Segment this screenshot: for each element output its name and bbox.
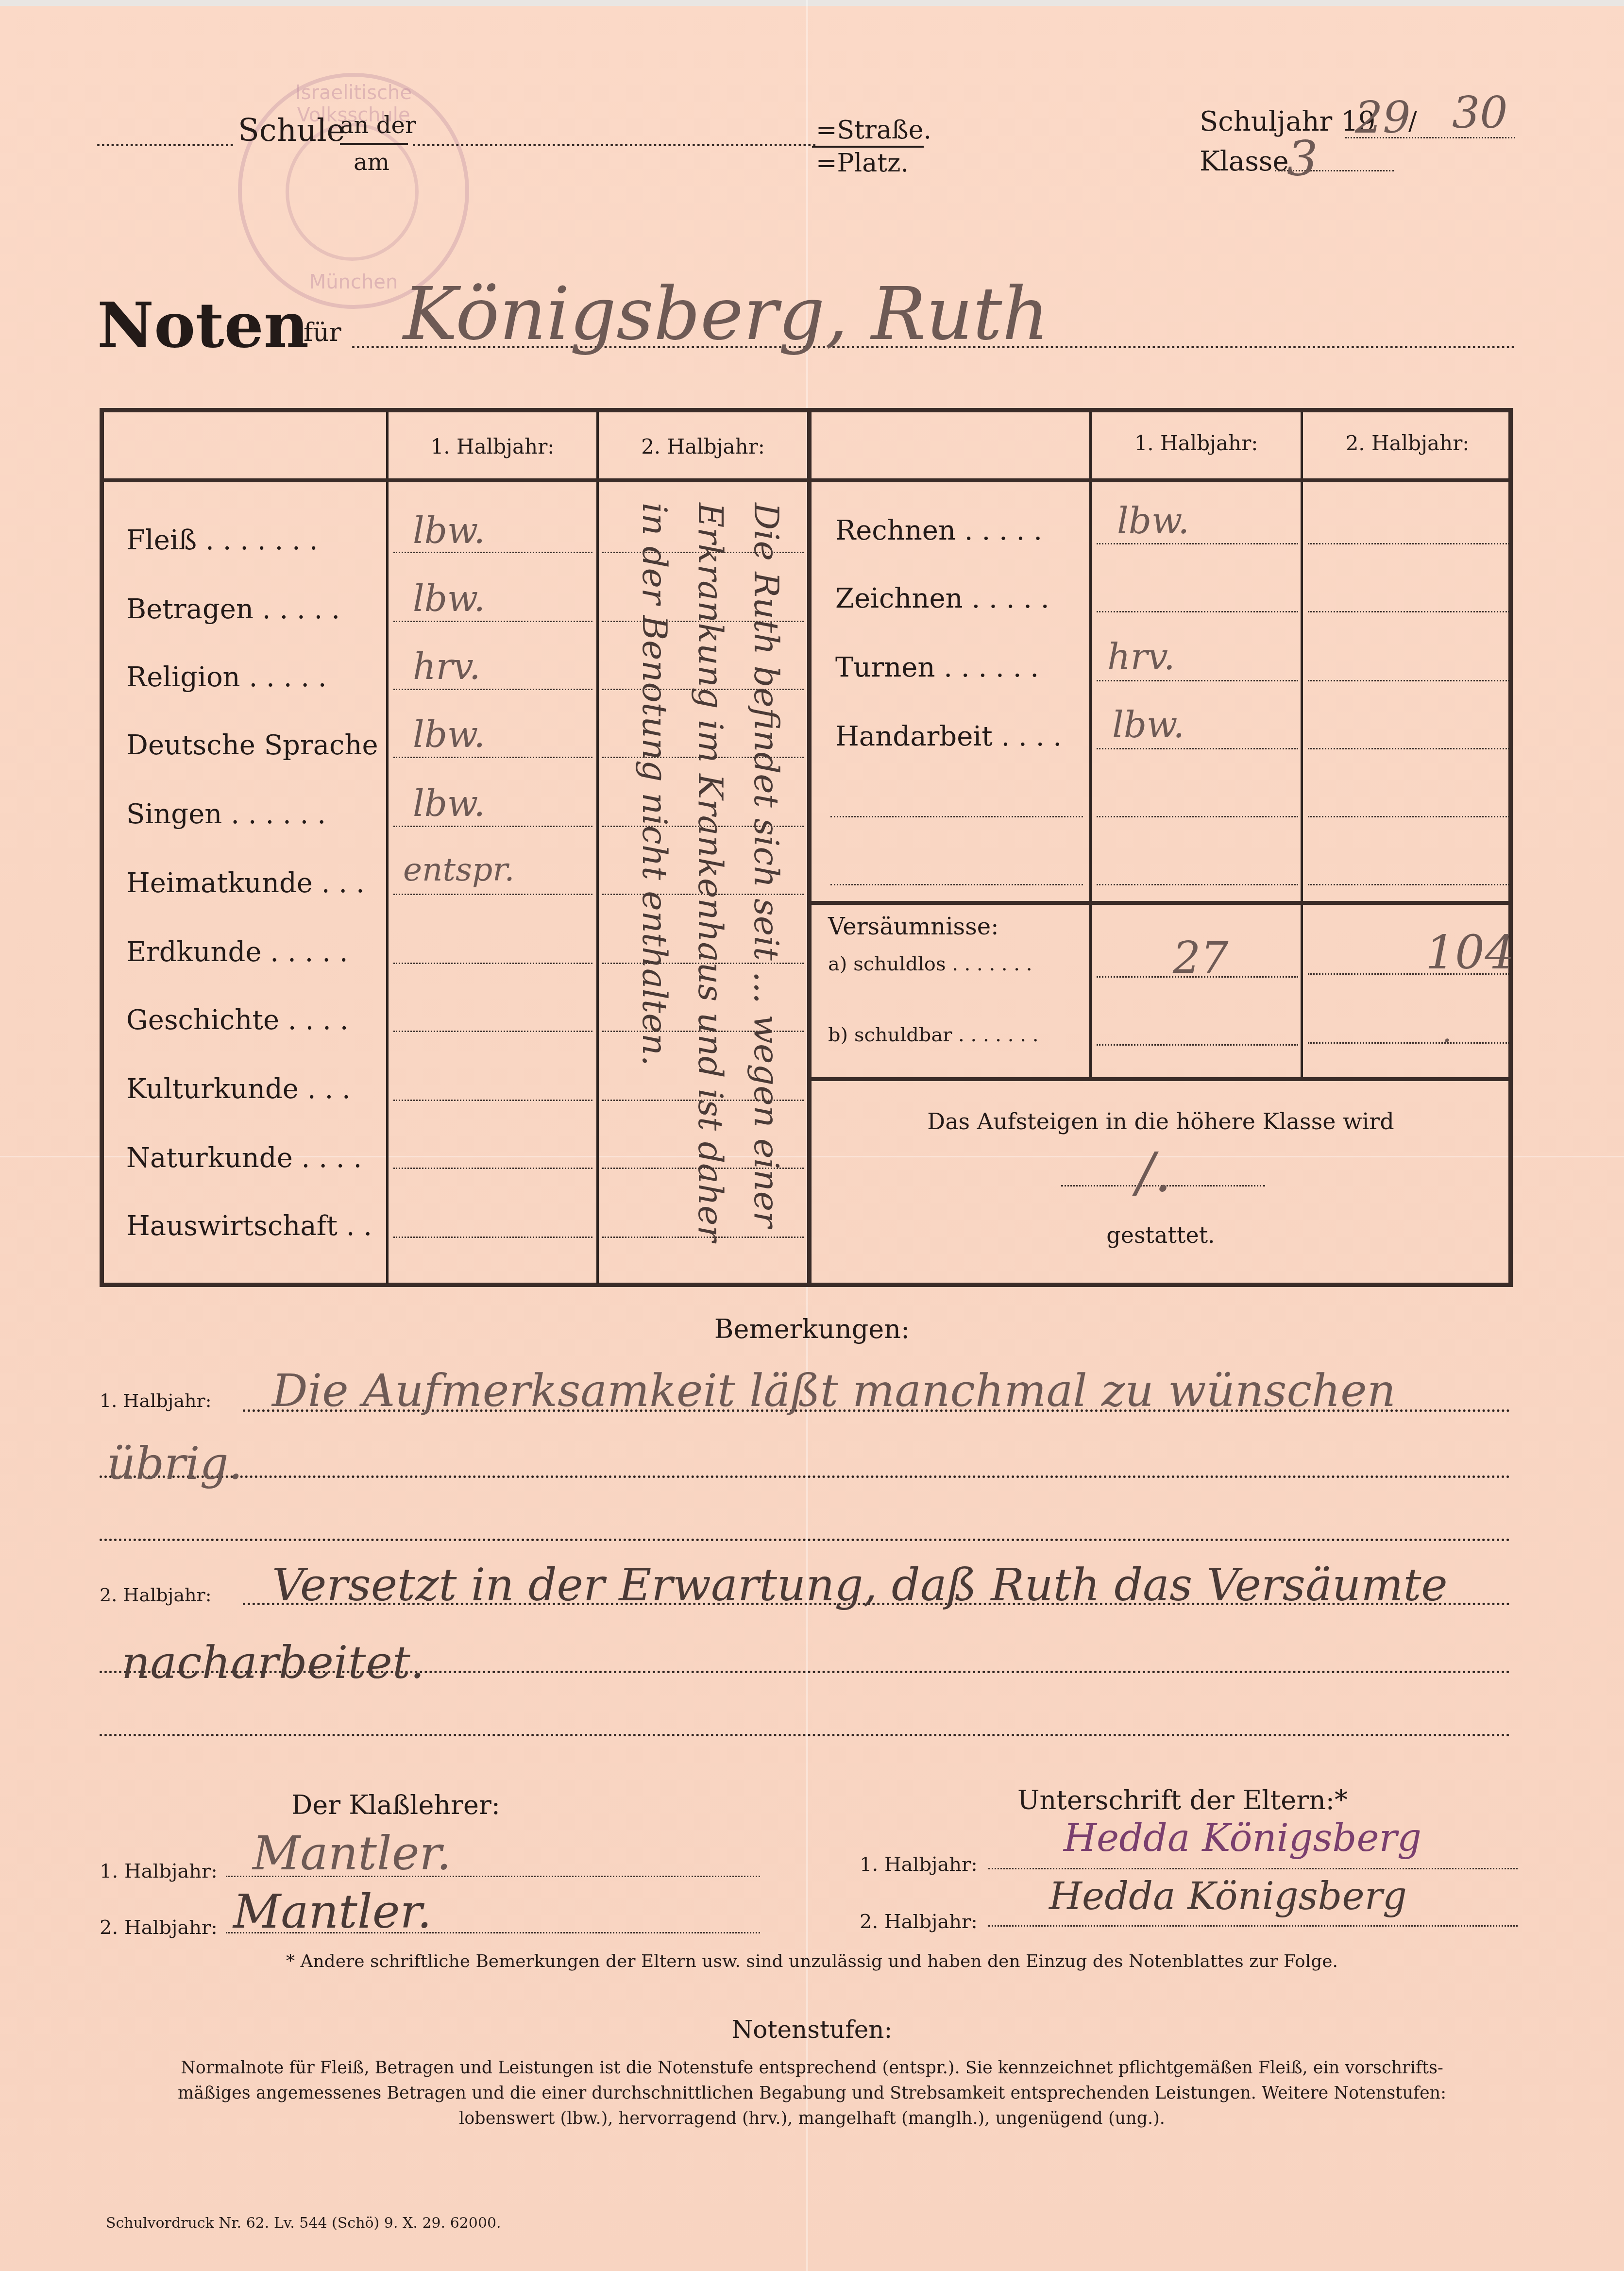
for-label: für [304, 318, 341, 347]
parents-h2-signature-field[interactable] [988, 1925, 1518, 1927]
subject-label-singen: Singen . . . . . . [126, 798, 326, 830]
grade-field-naturkunde-h1[interactable] [393, 1168, 592, 1169]
parents-title: Unterschrift der Eltern:* [1017, 1785, 1348, 1815]
grade-singen-h1: lbw. [413, 783, 485, 825]
header-right-h2: 2. Halbjahr: [1303, 431, 1512, 455]
school-year-first: 29 [1355, 92, 1411, 143]
school-option-am: am [354, 149, 389, 176]
grade-field-fleiss-h1[interactable] [393, 552, 592, 553]
subject-label-rechnen: Rechnen . . . . . [835, 515, 1042, 546]
street-name-field[interactable] [413, 144, 816, 146]
remarks-title: Bemerkungen: [0, 1314, 1624, 1344]
promotion-divider [811, 1077, 1508, 1081]
street-divider [812, 146, 924, 148]
remarks-h1-line2[interactable] [100, 1475, 1510, 1478]
second-half-note-box: Die Ruth befindet sich seit ... wegen ei… [613, 486, 807, 1277]
grade-field-kulturkunde-h1[interactable] [393, 1100, 592, 1101]
extra-subject-field-1[interactable] [830, 816, 1083, 817]
class-label: Klasse [1200, 146, 1289, 177]
second-half-note: Die Ruth befindet sich seit ... wegen ei… [626, 503, 794, 1260]
street-option-strasse: =Straße. [816, 116, 931, 145]
subject-label-erdkunde: Erdkunde . . . . . [126, 936, 348, 968]
grade-field-zeichnen-h1[interactable] [1097, 611, 1298, 612]
subject-label-hauswirtschaft: Hauswirtschaft . . [126, 1210, 372, 1242]
header-row-divider [104, 478, 1508, 482]
promotion-value: /. [1136, 1141, 1171, 1203]
grade-field-extra2-h1[interactable] [1097, 884, 1298, 885]
report-card-page: Israelitische Volksschule München Schule… [0, 0, 1624, 2271]
teacher-h1-label: 1. Halbjahr: [100, 1860, 218, 1882]
grade-field-extra1-h2[interactable] [1308, 816, 1509, 817]
absences-excused-h1: 27 [1173, 932, 1229, 983]
subject-label-zeichnen: Zeichnen . . . . . [835, 583, 1049, 614]
absences-unexcused-h2-field[interactable] [1308, 1042, 1509, 1044]
grade-field-extra2-h2[interactable] [1308, 884, 1509, 885]
absences-unexcused-h1-field[interactable] [1097, 1044, 1298, 1046]
print-info: Schulvordruck Nr. 62. Lv. 544 (Schö) 9. … [106, 2215, 501, 2232]
absences-unexcused-h2: . [1442, 1015, 1452, 1049]
grade-field-erdkunde-h1[interactable] [393, 963, 592, 964]
grade-heimatkunde-h1: entspr. [403, 851, 515, 888]
remarks-h1-text2: übrig. [107, 1438, 243, 1490]
teacher-h2-label: 2. Halbjahr: [100, 1916, 218, 1939]
scan-edge [0, 0, 1624, 6]
grade-turnen-h1: hrv. [1107, 636, 1175, 678]
section-divider [807, 412, 812, 1284]
subject-label-heimatkunde: Heimatkunde . . . [126, 867, 365, 899]
grade-field-extra1-h1[interactable] [1097, 816, 1298, 817]
grade-field-singen-h1[interactable] [393, 826, 592, 827]
subject-label-deutsche-sprache: Deutsche Sprache [126, 729, 378, 761]
street-option-platz: =Platz. [816, 149, 909, 178]
subject-label-fleiss: Fleiß . . . . . . . [126, 525, 318, 556]
col-divider [1089, 412, 1092, 1080]
remarks-h2-label: 2. Halbjahr: [100, 1584, 212, 1606]
subject-label-religion: Religion . . . . . [126, 661, 327, 693]
grade-field-rechnen-h1[interactable] [1097, 543, 1298, 544]
grade-field-turnen-h1[interactable] [1097, 680, 1298, 681]
remarks-h1-label: 1. Halbjahr: [100, 1390, 212, 1411]
grade-handarbeit-h1: lbw. [1112, 704, 1184, 746]
school-option-an-der: an der [340, 112, 416, 139]
parents-h1-signature: Hedda Königsberg [1064, 1816, 1421, 1860]
grade-religion-h1: hrv. [413, 646, 481, 688]
teacher-h2-signature: Mantler. [233, 1884, 432, 1939]
grade-field-religion-h1[interactable] [393, 689, 592, 690]
class-value: 3 [1287, 130, 1318, 187]
grade-field-heimatkunde-h1[interactable] [393, 894, 592, 895]
grading-scale-title: Notenstufen: [0, 2016, 1624, 2044]
absences-title: Versäumnisse: [828, 913, 998, 940]
footnote: * Andere schriftliche Bemerkungen der El… [0, 1951, 1624, 1971]
absences-divider [811, 901, 1508, 905]
parents-h1-label: 1. Halbjahr: [860, 1853, 978, 1876]
grade-rechnen-h1: lbw. [1117, 500, 1189, 542]
grade-field-geschichte-h1[interactable] [393, 1031, 592, 1032]
grade-field-hauswirtschaft-h1[interactable] [393, 1237, 592, 1238]
remarks-h1-text1: Die Aufmerksamkeit läßt manchmal zu wüns… [272, 1365, 1396, 1417]
grade-fleiss-h1: lbw. [413, 510, 485, 552]
absences-unexcused-label: b) schuldbar . . . . . . . [828, 1024, 1038, 1046]
promotion-text: Das Aufsteigen in die höhere Klasse wird [811, 1108, 1510, 1135]
parents-h2-signature: Hedda Königsberg [1049, 1875, 1407, 1918]
grade-field-betragen-h1[interactable] [393, 621, 592, 622]
subject-label-geschichte: Geschichte . . . . [126, 1004, 348, 1036]
absences-excused-label: a) schuldlos . . . . . . . [828, 953, 1032, 975]
school-label: Schule [238, 113, 345, 149]
school-year-second: 30 [1452, 87, 1508, 138]
page-title: Noten [97, 289, 309, 362]
grade-deutsch-h1: lbw. [413, 714, 485, 756]
grade-field-handarbeit-h2[interactable] [1308, 748, 1509, 749]
grade-field-handarbeit-h1[interactable] [1097, 748, 1298, 749]
grade-field-deutsch-h1[interactable] [393, 757, 592, 758]
absences-excused-h2: 104 [1425, 925, 1514, 980]
extra-subject-field-2[interactable] [830, 884, 1083, 885]
subject-label-handarbeit: Handarbeit . . . . [835, 721, 1062, 752]
remarks-h2-text2: nacharbeitet. [121, 1637, 424, 1689]
header-left-h1: 1. Halbjahr: [389, 435, 596, 458]
remarks-h2-line3[interactable] [100, 1734, 1510, 1736]
option-divider [340, 143, 408, 145]
promotion-permitted: gestattet. [811, 1222, 1510, 1248]
school-name-field[interactable] [97, 144, 233, 146]
header-right-h1: 1. Halbjahr: [1092, 431, 1301, 455]
remarks-h1-line3[interactable] [100, 1539, 1510, 1541]
header-left-h2: 2. Halbjahr: [599, 435, 807, 458]
school-year-separator: / [1408, 107, 1417, 136]
teacher-h1-signature: Mantler. [253, 1826, 451, 1881]
grade-betragen-h1: lbw. [413, 578, 485, 620]
remarks-h2-text1: Versetzt in der Erwartung, daß Ruth das … [272, 1559, 1448, 1611]
grade-field-turnen-h2[interactable] [1308, 680, 1509, 681]
grading-scale-line2: mäßiges angemessenes Betragen und die ei… [0, 2084, 1624, 2103]
grade-field-zeichnen-h2[interactable] [1308, 611, 1509, 612]
subject-label-betragen: Betragen . . . . . [126, 593, 340, 625]
col-divider [596, 412, 599, 1284]
student-name: Königsberg, Ruth [403, 272, 1049, 356]
grade-field-rechnen-h2[interactable] [1308, 543, 1509, 544]
subject-label-kulturkunde: Kulturkunde . . . [126, 1073, 351, 1105]
parents-h2-label: 2. Halbjahr: [860, 1911, 978, 1933]
grading-scale-line3: lobenswert (lbw.), hervorragend (hrv.), … [0, 2109, 1624, 2128]
col-divider [1301, 412, 1303, 1080]
subject-label-turnen: Turnen . . . . . . [835, 652, 1039, 683]
parents-h1-signature-field[interactable] [988, 1868, 1518, 1869]
subject-label-naturkunde: Naturkunde . . . . [126, 1142, 362, 1174]
teacher-title: Der Klaßlehrer: [291, 1790, 500, 1820]
grading-scale-line1: Normalnote für Fleiß, Betragen und Leist… [0, 2058, 1624, 2078]
col-divider [386, 412, 389, 1284]
